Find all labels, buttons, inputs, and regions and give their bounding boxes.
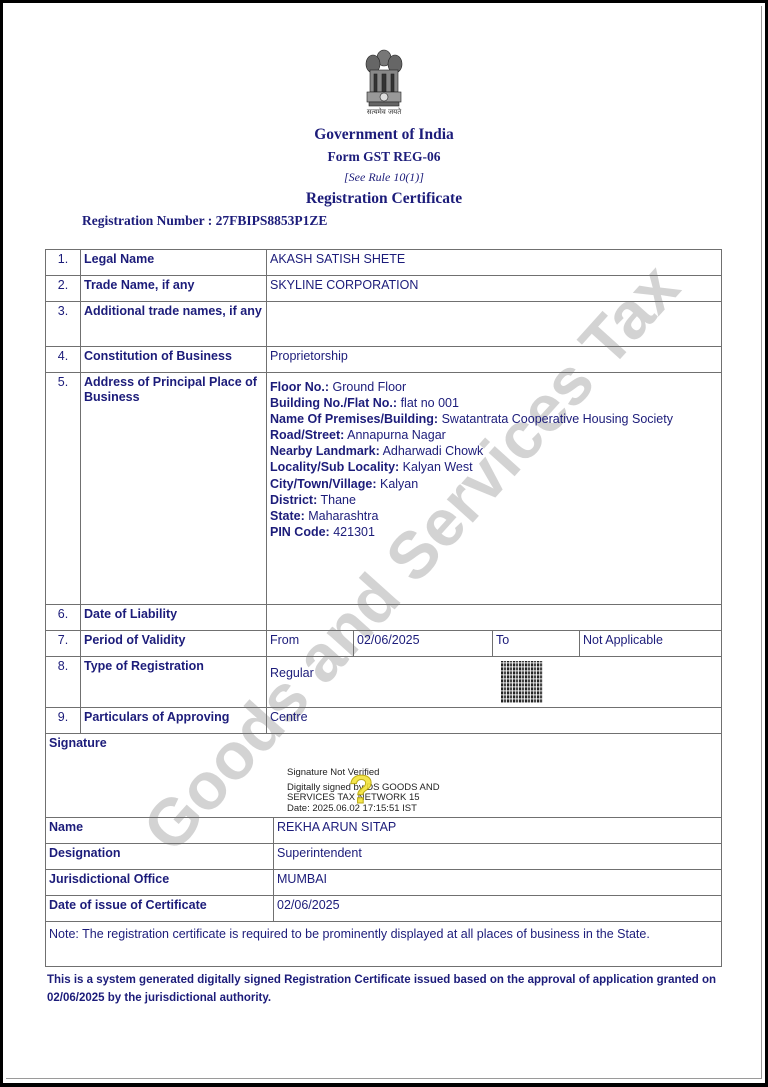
table-row: Designation Superintendent [46,844,722,870]
row-value: AKASH SATISH SHETE [267,250,722,276]
note-row: Note: The registration certificate is re… [46,922,722,967]
table-row: 7. Period of Validity From 02/06/2025 To… [46,631,722,657]
address-line: Floor No.: Ground Floor [270,379,718,395]
rule-reference: [See Rule 10(1)] [0,170,768,185]
officer-value: Superintendent [274,844,722,870]
address-line: Name Of Premises/Building: Swatantrata C… [270,411,718,427]
note-text: Note: The registration certificate is re… [46,922,722,967]
table-row: 3. Additional trade names, if any [46,302,722,347]
officer-label: Jurisdictional Office [46,870,274,896]
officer-label: Designation [46,844,274,870]
registration-number-label: Registration Number : [82,213,212,228]
table-row: 9. Particulars of Approving Centre [46,708,722,734]
table-row: 8. Type of Registration Regular [46,657,722,708]
address-line: City/Town/Village: Kalyan [270,476,718,492]
officer-value: 02/06/2025 [274,896,722,922]
government-heading: Government of India [0,126,768,144]
row-label: Trade Name, if any [81,276,267,302]
row-number: 6. [46,605,81,631]
table-row: Date of issue of Certificate 02/06/2025 [46,896,722,922]
officer-label: Name [46,818,274,844]
officer-table: Name REKHA ARUN SITAP Designation Superi… [45,817,722,967]
registration-number-value: 27FBIPS8853P1ZE [216,213,328,228]
address-line: District: Thane [270,492,718,508]
row-number: 5. [46,373,81,605]
address-line: Locality/Sub Locality: Kalyan West [270,459,718,475]
row-label: Constitution of Business [81,347,267,373]
table-row: Jurisdictional Office MUMBAI [46,870,722,896]
row-value: Proprietorship [267,347,722,373]
row-number: 4. [46,347,81,373]
table-row: 5. Address of Principal Place of Busines… [46,373,722,605]
row-number: 3. [46,302,81,347]
table-row: 4. Constitution of Business Proprietorsh… [46,347,722,373]
validity-to-value: Not Applicable [580,631,722,657]
certificate-title: Registration Certificate [0,190,768,208]
validity-from-label: From [267,631,354,657]
address-line: Road/Street: Annapurna Nagar [270,427,718,443]
emblem-motto: सत्यमेव जयते [350,108,418,117]
address-cell: Floor No.: Ground Floor Building No./Fla… [267,373,722,605]
qr-code [501,661,543,703]
address-line: Nearby Landmark: Adharwadi Chowk [270,443,718,459]
row-value [267,302,722,347]
row-number: 7. [46,631,81,657]
table-row: 2. Trade Name, if any SKYLINE CORPORATIO… [46,276,722,302]
address-line: PIN Code: 421301 [270,524,718,540]
row-label: Particulars of Approving [81,708,267,734]
validity-to-label: To [493,631,580,657]
officer-value: REKHA ARUN SITAP [274,818,722,844]
row-label: Date of Liability [81,605,267,631]
validity-from-date: 02/06/2025 [354,631,493,657]
row-label: Additional trade names, if any [81,302,267,347]
address-line: State: Maharashtra [270,508,718,524]
table-row: 6. Date of Liability [46,605,722,631]
footer-statement: This is a system generated digitally sig… [47,972,727,1007]
row-number: 2. [46,276,81,302]
question-mark-icon: ? [349,770,373,810]
row-number: 9. [46,708,81,734]
row-number: 8. [46,657,81,708]
row-value: Centre [267,708,722,734]
table-row: 1. Legal Name AKASH SATISH SHETE [46,250,722,276]
table-row: Name REKHA ARUN SITAP [46,818,722,844]
certificate-table: 1. Legal Name AKASH SATISH SHETE 2. Trad… [45,249,722,818]
registration-type-cell: Regular [267,657,722,708]
officer-label: Date of issue of Certificate [46,896,274,922]
row-number: 1. [46,250,81,276]
registration-number: Registration Number : 27FBIPS8853P1ZE [82,213,327,229]
officer-value: MUMBAI [274,870,722,896]
row-value [267,605,722,631]
row-label: Address of Principal Place of Business [81,373,267,605]
row-label: Period of Validity [81,631,267,657]
form-heading: Form GST REG-06 [0,149,768,165]
row-label: Type of Registration [81,657,267,708]
row-value: SKYLINE CORPORATION [267,276,722,302]
address-line: Building No./Flat No.: flat no 001 [270,395,718,411]
row-label: Legal Name [81,250,267,276]
row-value: Regular [270,666,314,680]
